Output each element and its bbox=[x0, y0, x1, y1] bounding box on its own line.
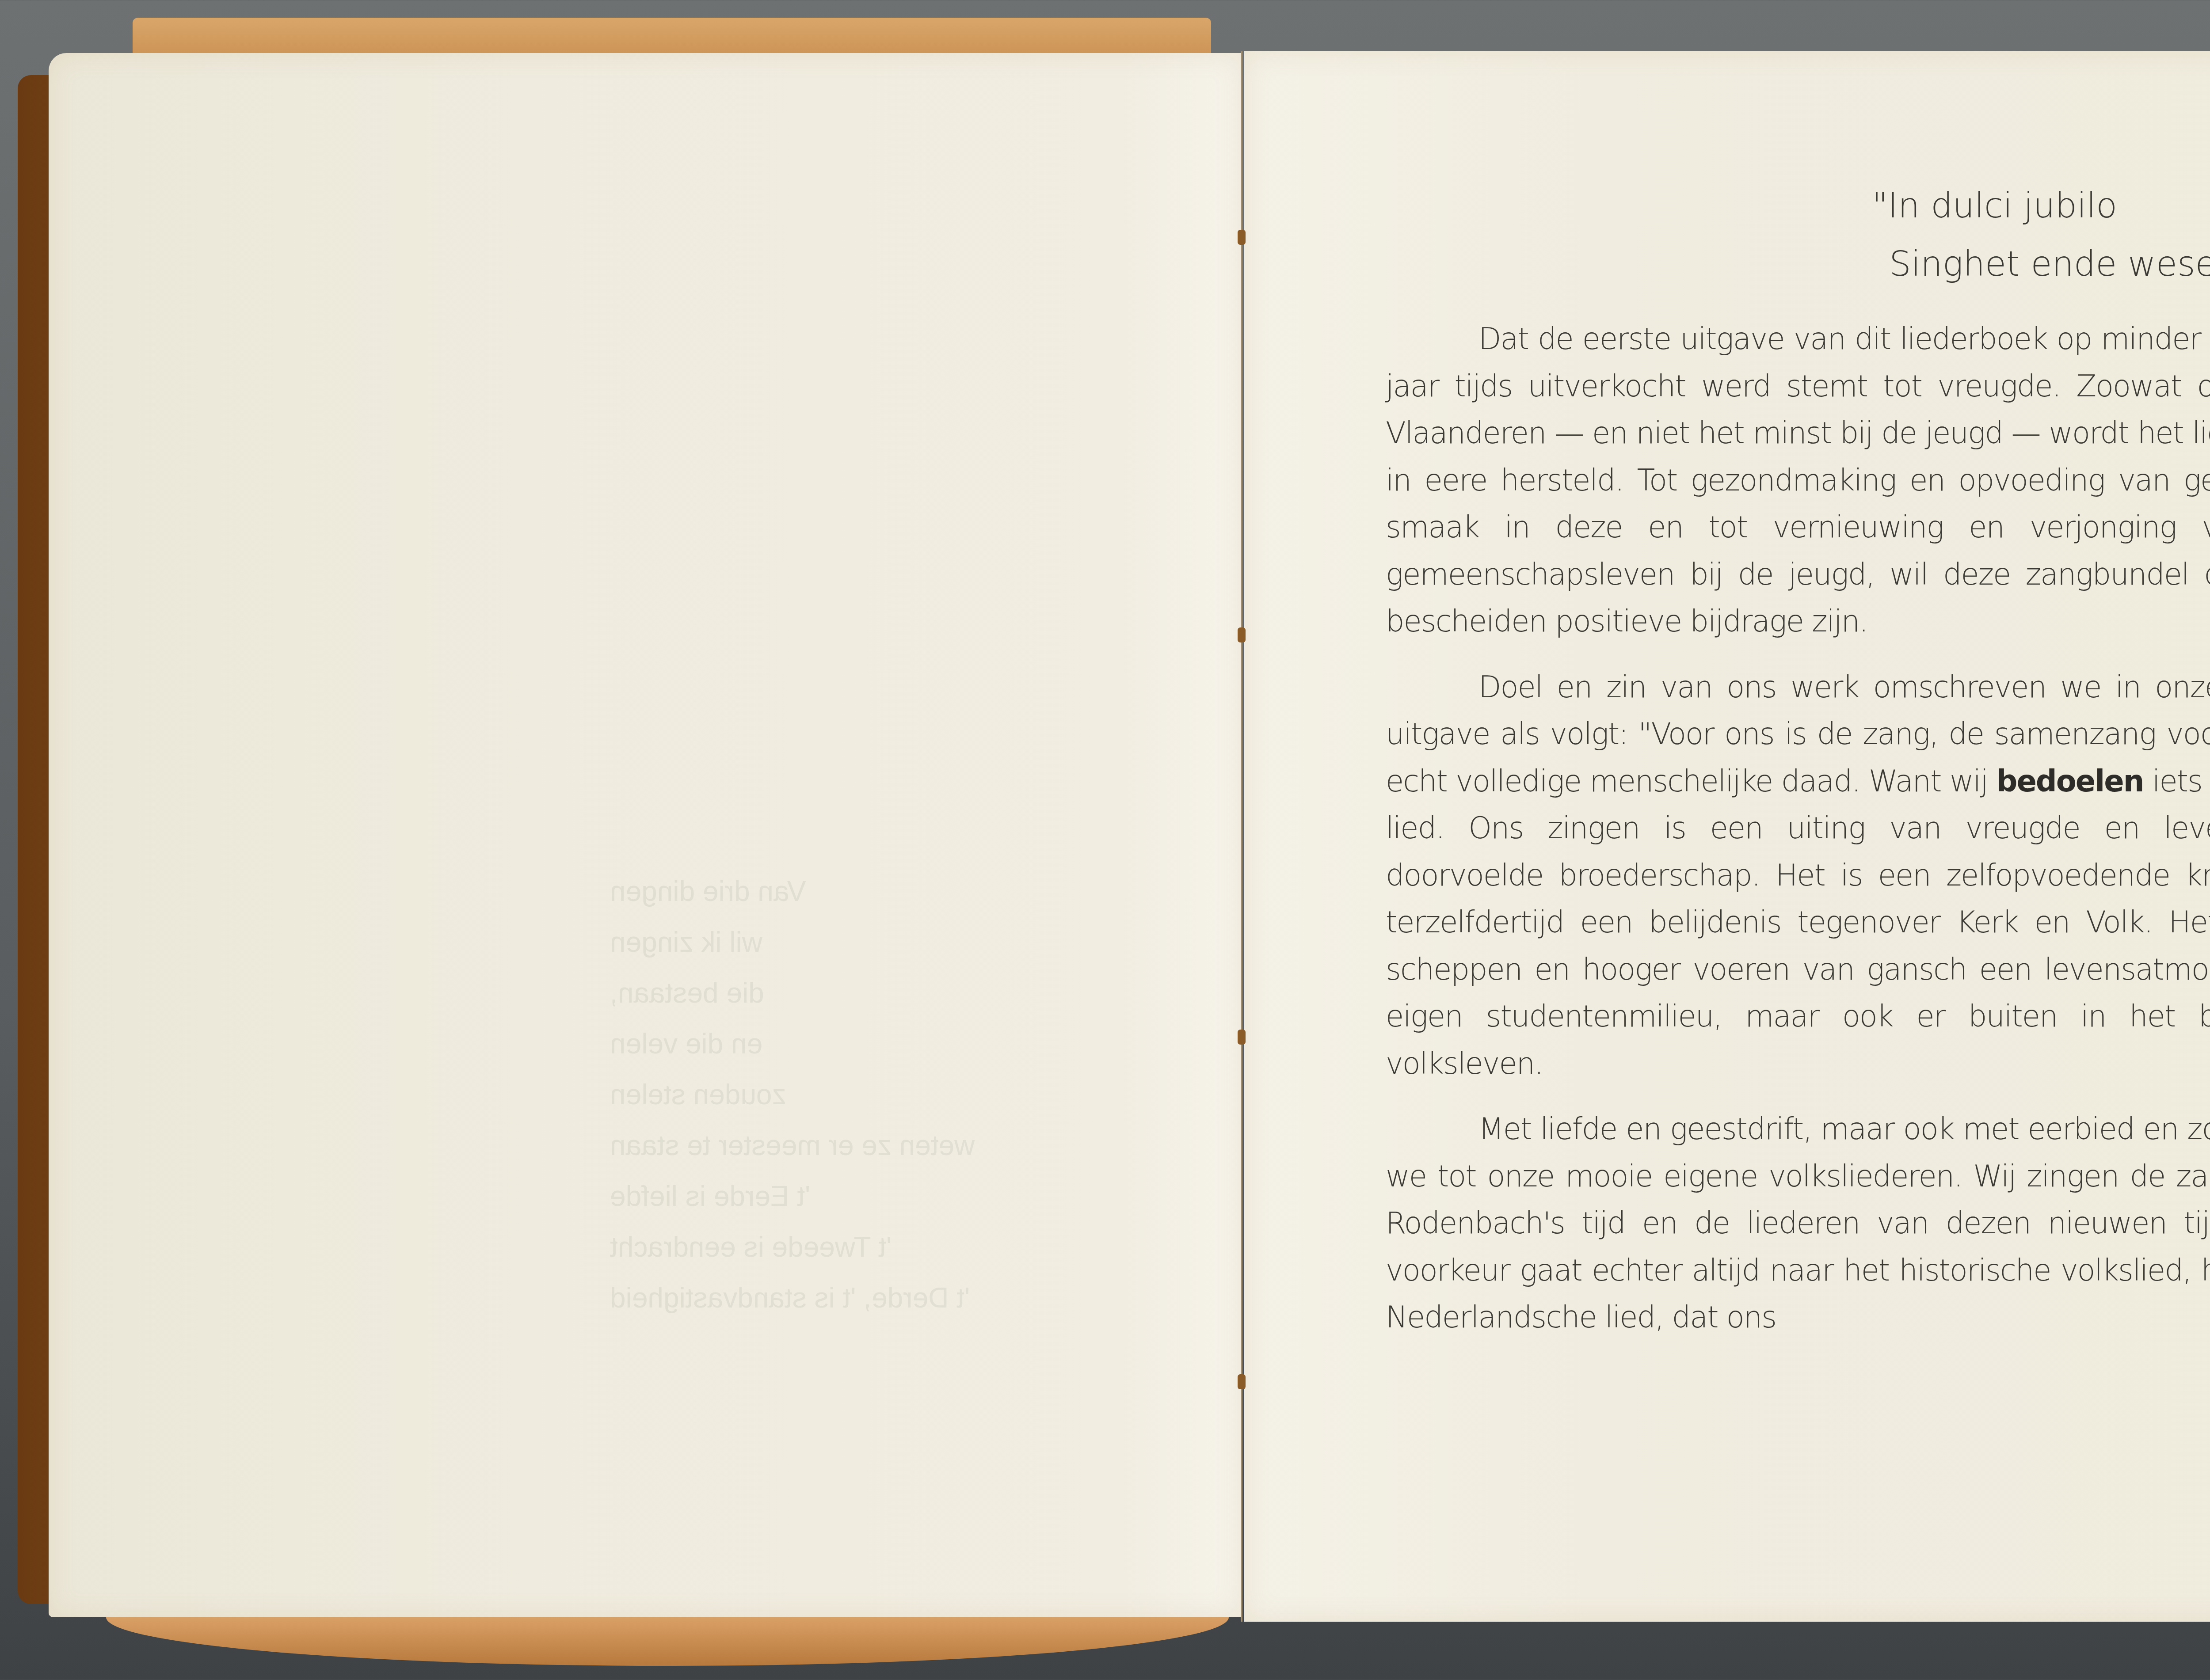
motto-line-2: Singhet ende weset vro" bbox=[1889, 244, 2210, 284]
binding-stitch bbox=[1238, 627, 1246, 642]
right-page-text: "In dulci jubilo Singhet ende weset vro"… bbox=[1386, 177, 2210, 1360]
binding-stitch bbox=[1238, 230, 1246, 245]
motto-line-1: "In dulci jubilo bbox=[1386, 177, 2210, 235]
paragraph-3: Met liefde en geestdrift, maar ook met e… bbox=[1386, 1106, 2210, 1341]
binding-stitch bbox=[1238, 1374, 1246, 1389]
binding-stitch bbox=[1238, 1030, 1246, 1045]
bold-emphasis: bedoelen bbox=[1996, 764, 2143, 798]
left-page bbox=[49, 53, 1242, 1617]
show-through-text: Van drie dingen wil ik zingen die bestaa… bbox=[610, 866, 1096, 1323]
book-cover-bottom-edge bbox=[106, 1617, 1229, 1666]
paragraph-1: Dat de eerste uitgave van dit liederboek… bbox=[1386, 315, 2210, 645]
motto: "In dulci jubilo Singhet ende weset vro" bbox=[1386, 177, 2210, 293]
paragraph-2: Doel en zin van ons werk omschreven we i… bbox=[1386, 664, 2210, 1087]
